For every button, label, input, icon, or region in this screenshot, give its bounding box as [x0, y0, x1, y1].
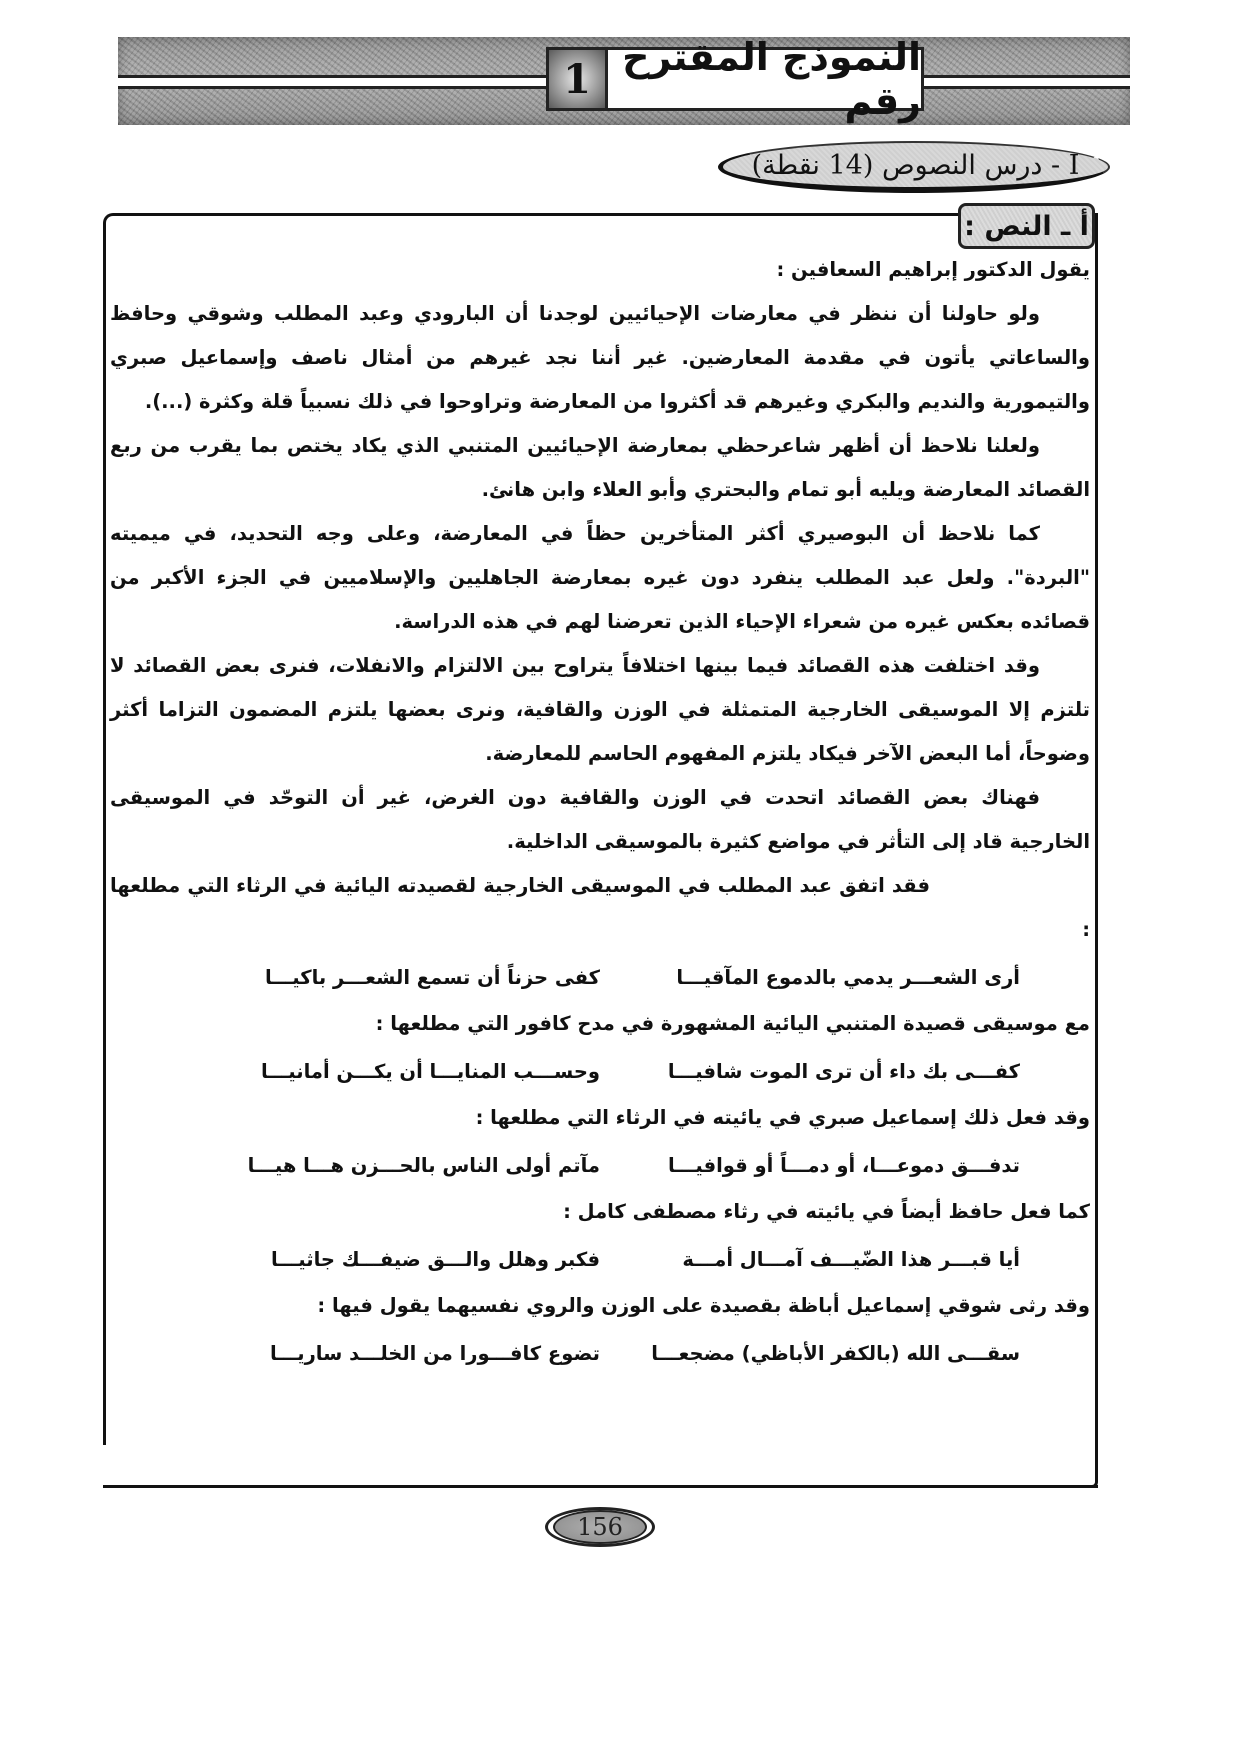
- verse-intro: وقد رثى شوقي إسماعيل أباظة بقصيدة على ال…: [110, 1284, 1090, 1328]
- verse-hemistich-first: تدفـــق دموعـــا، أو دمـــاً أو قوافيـــ…: [640, 1154, 1020, 1177]
- verse-line: سقـــى الله (بالكفر الأباظي) مضجعـــا تض…: [110, 1328, 1090, 1378]
- author-line: يقول الدكتور إبراهيم السعافين :: [110, 252, 1090, 288]
- paragraph: ولعلنا نلاحظ أن أظهر شاعرحظي بمعارضة الإ…: [110, 424, 1090, 512]
- verse-line: تدفـــق دموعـــا، أو دمـــاً أو قوافيـــ…: [110, 1140, 1090, 1190]
- text-content: يقول الدكتور إبراهيم السعافين : ولو حاول…: [110, 252, 1090, 1378]
- verse-line: أرى الشعـــر يدمي بالدموع المآقيـــا كفى…: [110, 952, 1090, 1002]
- verse-line: كفـــى بك داء أن ترى الموت شافيـــا وحسـ…: [110, 1046, 1090, 1096]
- model-number-badge: 1: [546, 47, 608, 111]
- section-heading: I - درس النصوص (14 نقطة): [718, 141, 1110, 193]
- verse-intro: كما فعل حافظ أيضاً في يائيته في رثاء مصط…: [110, 1190, 1090, 1234]
- verse-line: أيا قبـــر هذا الضّيـــف آمـــال أمـــة …: [110, 1234, 1090, 1284]
- banner-title-box: 1 النموذج المقترح رقم: [546, 47, 924, 111]
- verse-hemistich-second: وحســـب المنايـــا أن يكـــن أمانيـــا: [180, 1060, 600, 1083]
- verse-hemistich-first: أرى الشعـــر يدمي بالدموع المآقيـــا: [640, 966, 1020, 989]
- paragraph: وقد اختلفت هذه القصائد فيما بينها اختلاف…: [110, 644, 1090, 776]
- paragraph: ولو حاولنا أن ننظر في معارضات الإحيائيين…: [110, 292, 1090, 424]
- verse-intro: مع موسيقى قصيدة المتنبي اليائية المشهورة…: [110, 1002, 1090, 1046]
- text-frame-corner: [1092, 213, 1098, 1488]
- text-frame-bottom-rule: [103, 1485, 1098, 1488]
- page-number-badge: 156: [545, 1507, 655, 1547]
- paragraph: فهناك بعض القصائد اتحدت في الوزن والقافي…: [110, 776, 1090, 864]
- verse-intro: وقد فعل ذلك إسماعيل صبري في يائيته في ال…: [110, 1096, 1090, 1140]
- verse-intro: فقد اتفق عبد المطلب في الموسيقى الخارجية…: [110, 864, 1090, 952]
- verse-hemistich-first: سقـــى الله (بالكفر الأباظي) مضجعـــا: [640, 1342, 1020, 1365]
- verse-hemistich-first: كفـــى بك داء أن ترى الموت شافيـــا: [640, 1060, 1020, 1083]
- verse-hemistich-first: أيا قبـــر هذا الضّيـــف آمـــال أمـــة: [640, 1248, 1020, 1271]
- verse-hemistich-second: تضوع كافـــورا من الخلـــد ساريـــا: [180, 1342, 600, 1365]
- frame-gap: [100, 1445, 110, 1485]
- verse-hemistich-second: مآتم أولى الناس بالحـــزن هـــا هيـــا: [180, 1154, 600, 1177]
- page-number: 156: [553, 1510, 647, 1544]
- text-label-tab: أ ـ النص :: [958, 203, 1095, 249]
- paragraph: كما نلاحظ أن البوصيري أكثر المتأخرين حظا…: [110, 512, 1090, 644]
- header-banner: 1 النموذج المقترح رقم: [118, 37, 1130, 125]
- page-title: النموذج المقترح رقم: [608, 47, 924, 111]
- verse-hemistich-second: فكبر وهلل والـــق ضيفـــك جاثيـــا: [180, 1248, 600, 1271]
- verse-hemistich-second: كفى حزناً أن تسمع الشعـــر باكيـــا: [180, 966, 600, 989]
